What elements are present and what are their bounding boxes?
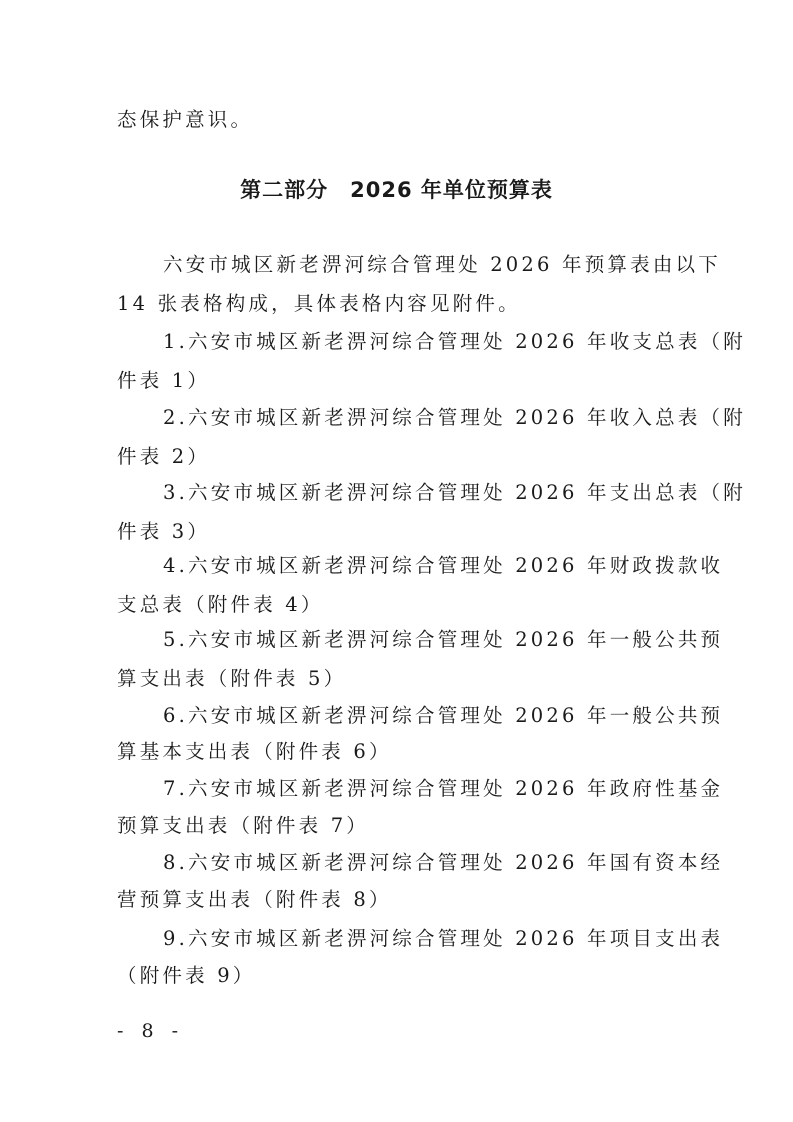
paragraph-line-2: 14 张表格构成，具体表格内容见附件。 [117,292,673,316]
list-item-2-line-2: 件表 2） [117,445,673,469]
section-title: 第二部分 2026 年单位预算表 [0,176,793,204]
list-item-6-line-1: 6.六安市城区新老淠河综合管理处 2026 年一般公共预 [163,704,673,728]
list-item-9-line-1: 9.六安市城区新老淠河综合管理处 2026 年项目支出表 [163,927,673,951]
list-item-5-line-1: 5.六安市城区新老淠河综合管理处 2026 年一般公共预 [163,628,673,652]
page-number: - 8 - [117,1019,184,1043]
list-item-1-line-1: 1.六安市城区新老淠河综合管理处 2026 年收支总表（附 [163,330,673,354]
list-item-6-line-2: 算基本支出表（附件表 6） [117,740,673,764]
list-item-7-line-1: 7.六安市城区新老淠河综合管理处 2026 年政府性基金 [163,777,673,801]
list-item-7-line-2: 预算支出表（附件表 7） [117,814,673,838]
intro-tail-text: 态保护意识。 [117,108,673,132]
list-item-8-line-1: 8.六安市城区新老淠河综合管理处 2026 年国有资本经 [163,851,673,875]
document-page: 态保护意识。 第二部分 2026 年单位预算表 六安市城区新老淠河综合管理处 2… [0,0,793,1122]
list-item-1-line-2: 件表 1） [117,369,673,393]
list-item-3-line-1: 3.六安市城区新老淠河综合管理处 2026 年支出总表（附 [163,481,673,505]
list-item-4-line-1: 4.六安市城区新老淠河综合管理处 2026 年财政拨款收 [163,554,673,578]
list-item-9-line-2: （附件表 9） [117,964,673,988]
list-item-2-line-1: 2.六安市城区新老淠河综合管理处 2026 年收入总表（附 [163,406,673,430]
list-item-4-line-2: 支总表（附件表 4） [117,593,673,617]
list-item-8-line-2: 营预算支出表（附件表 8） [117,888,673,912]
list-item-3-line-2: 件表 3） [117,520,673,544]
paragraph-line-1: 六安市城区新老淠河综合管理处 2026 年预算表由以下 [163,253,673,277]
list-item-5-line-2: 算支出表（附件表 5） [117,667,673,691]
